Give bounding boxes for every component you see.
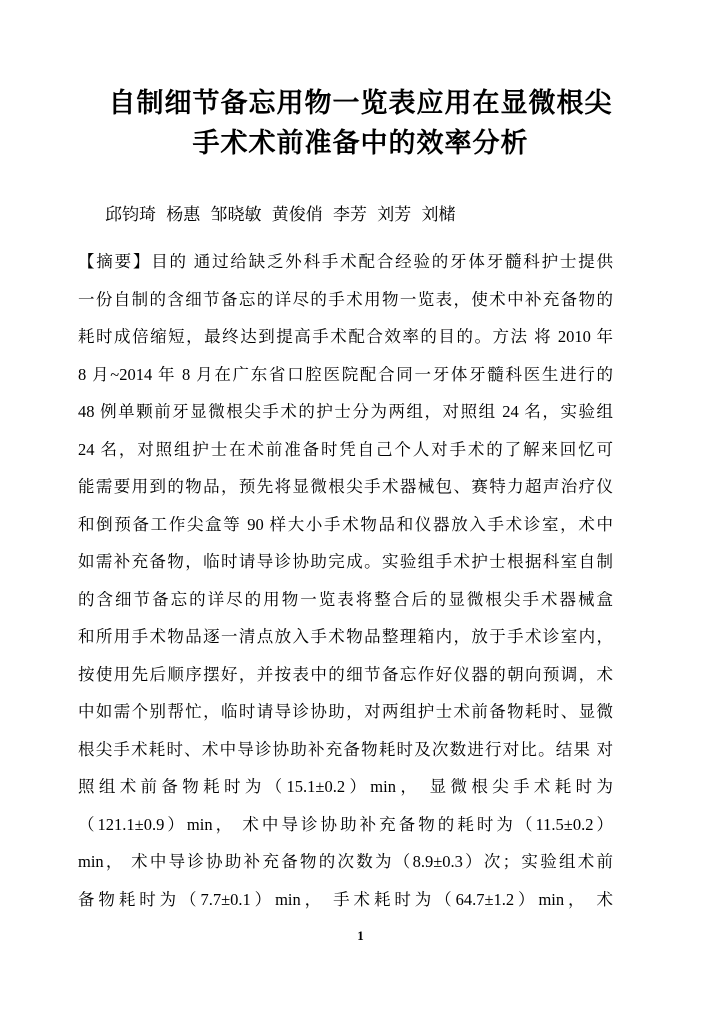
abstract-line: 48 例单颗前牙显微根尖手术的护士分为两组，对照组 24 名，实验组 — [78, 393, 613, 431]
abstract-line: 中如需个别帮忙，临时请导诊协助，对两组护士术前备物耗时、显微 — [78, 693, 613, 731]
abstract-line: 耗时成倍缩短，最终达到提高手术配合效率的目的。方法 将 2010 年 — [78, 318, 613, 356]
abstract-line: 【摘要】目的 通过给缺乏外科手术配合经验的牙体牙髓科护士提供 — [78, 243, 613, 281]
abstract-line: 和所用手术物品逐一清点放入手术物品整理箱内，放于手术诊室内， — [78, 618, 613, 656]
document-title-line1: 自制细节备忘用物一览表应用在显微根尖 — [0, 83, 721, 123]
abstract-line: 一份自制的含细节备忘的详尽的手术用物一览表，使术中补充备物的 — [78, 281, 613, 319]
authors-line: 邱钧琦 杨惠 邹晓敏 黄俊俏 李芳 刘芳 刘槠 — [105, 203, 635, 227]
abstract-line: 能需要用到的物品，预先将显微根尖手术器械包、赛特力超声治疗仪 — [78, 468, 613, 506]
abstract-line: 备物耗时为（7.7±0.1）min， 手术耗时为（64.7±1.2）min， 术 — [78, 881, 613, 919]
document-title-line2: 手术术前准备中的效率分析 — [0, 123, 721, 163]
abstract-line: 照组术前备物耗时为（15.1±0.2）min， 显微根尖手术耗时为 — [78, 768, 613, 806]
abstract-line: min， 术中导诊协助补充备物的次数为（8.9±0.3）次；实验组术前 — [78, 843, 613, 881]
abstract-line: 8 月~2014 年 8 月在广东省口腔医院配合同一牙体牙髓科医生进行的 — [78, 356, 613, 394]
abstract-paragraph: 【摘要】目的 通过给缺乏外科手术配合经验的牙体牙髓科护士提供 一份自制的含细节备… — [78, 243, 613, 918]
abstract-line: （121.1±0.9）min， 术中导诊协助补充备物的耗时为（11.5±0.2） — [78, 806, 613, 844]
abstract-line: 的含细节备忘的详尽的用物一览表将整合后的显微根尖手术器械盒 — [78, 581, 613, 619]
document-title: 自制细节备忘用物一览表应用在显微根尖 手术术前准备中的效率分析 — [0, 83, 721, 163]
abstract-line: 根尖手术耗时、术中导诊协助补充备物耗时及次数进行对比。结果 对 — [78, 731, 613, 769]
abstract-line: 按使用先后顺序摆好，并按表中的细节备忘作好仪器的朝向预调，术 — [78, 656, 613, 694]
abstract-line: 24 名，对照组护士在术前准备时凭自己个人对手术的了解来回忆可 — [78, 431, 613, 469]
abstract-line: 和倒预备工作尖盒等 90 样大小手术物品和仪器放入手术诊室，术中 — [78, 506, 613, 544]
abstract-line: 如需补充备物，临时请导诊协助完成。实验组手术护士根据科室自制 — [78, 543, 613, 581]
page-number: 1 — [0, 928, 721, 944]
document-page: 自制细节备忘用物一览表应用在显微根尖 手术术前准备中的效率分析 邱钧琦 杨惠 邹… — [0, 0, 721, 1020]
